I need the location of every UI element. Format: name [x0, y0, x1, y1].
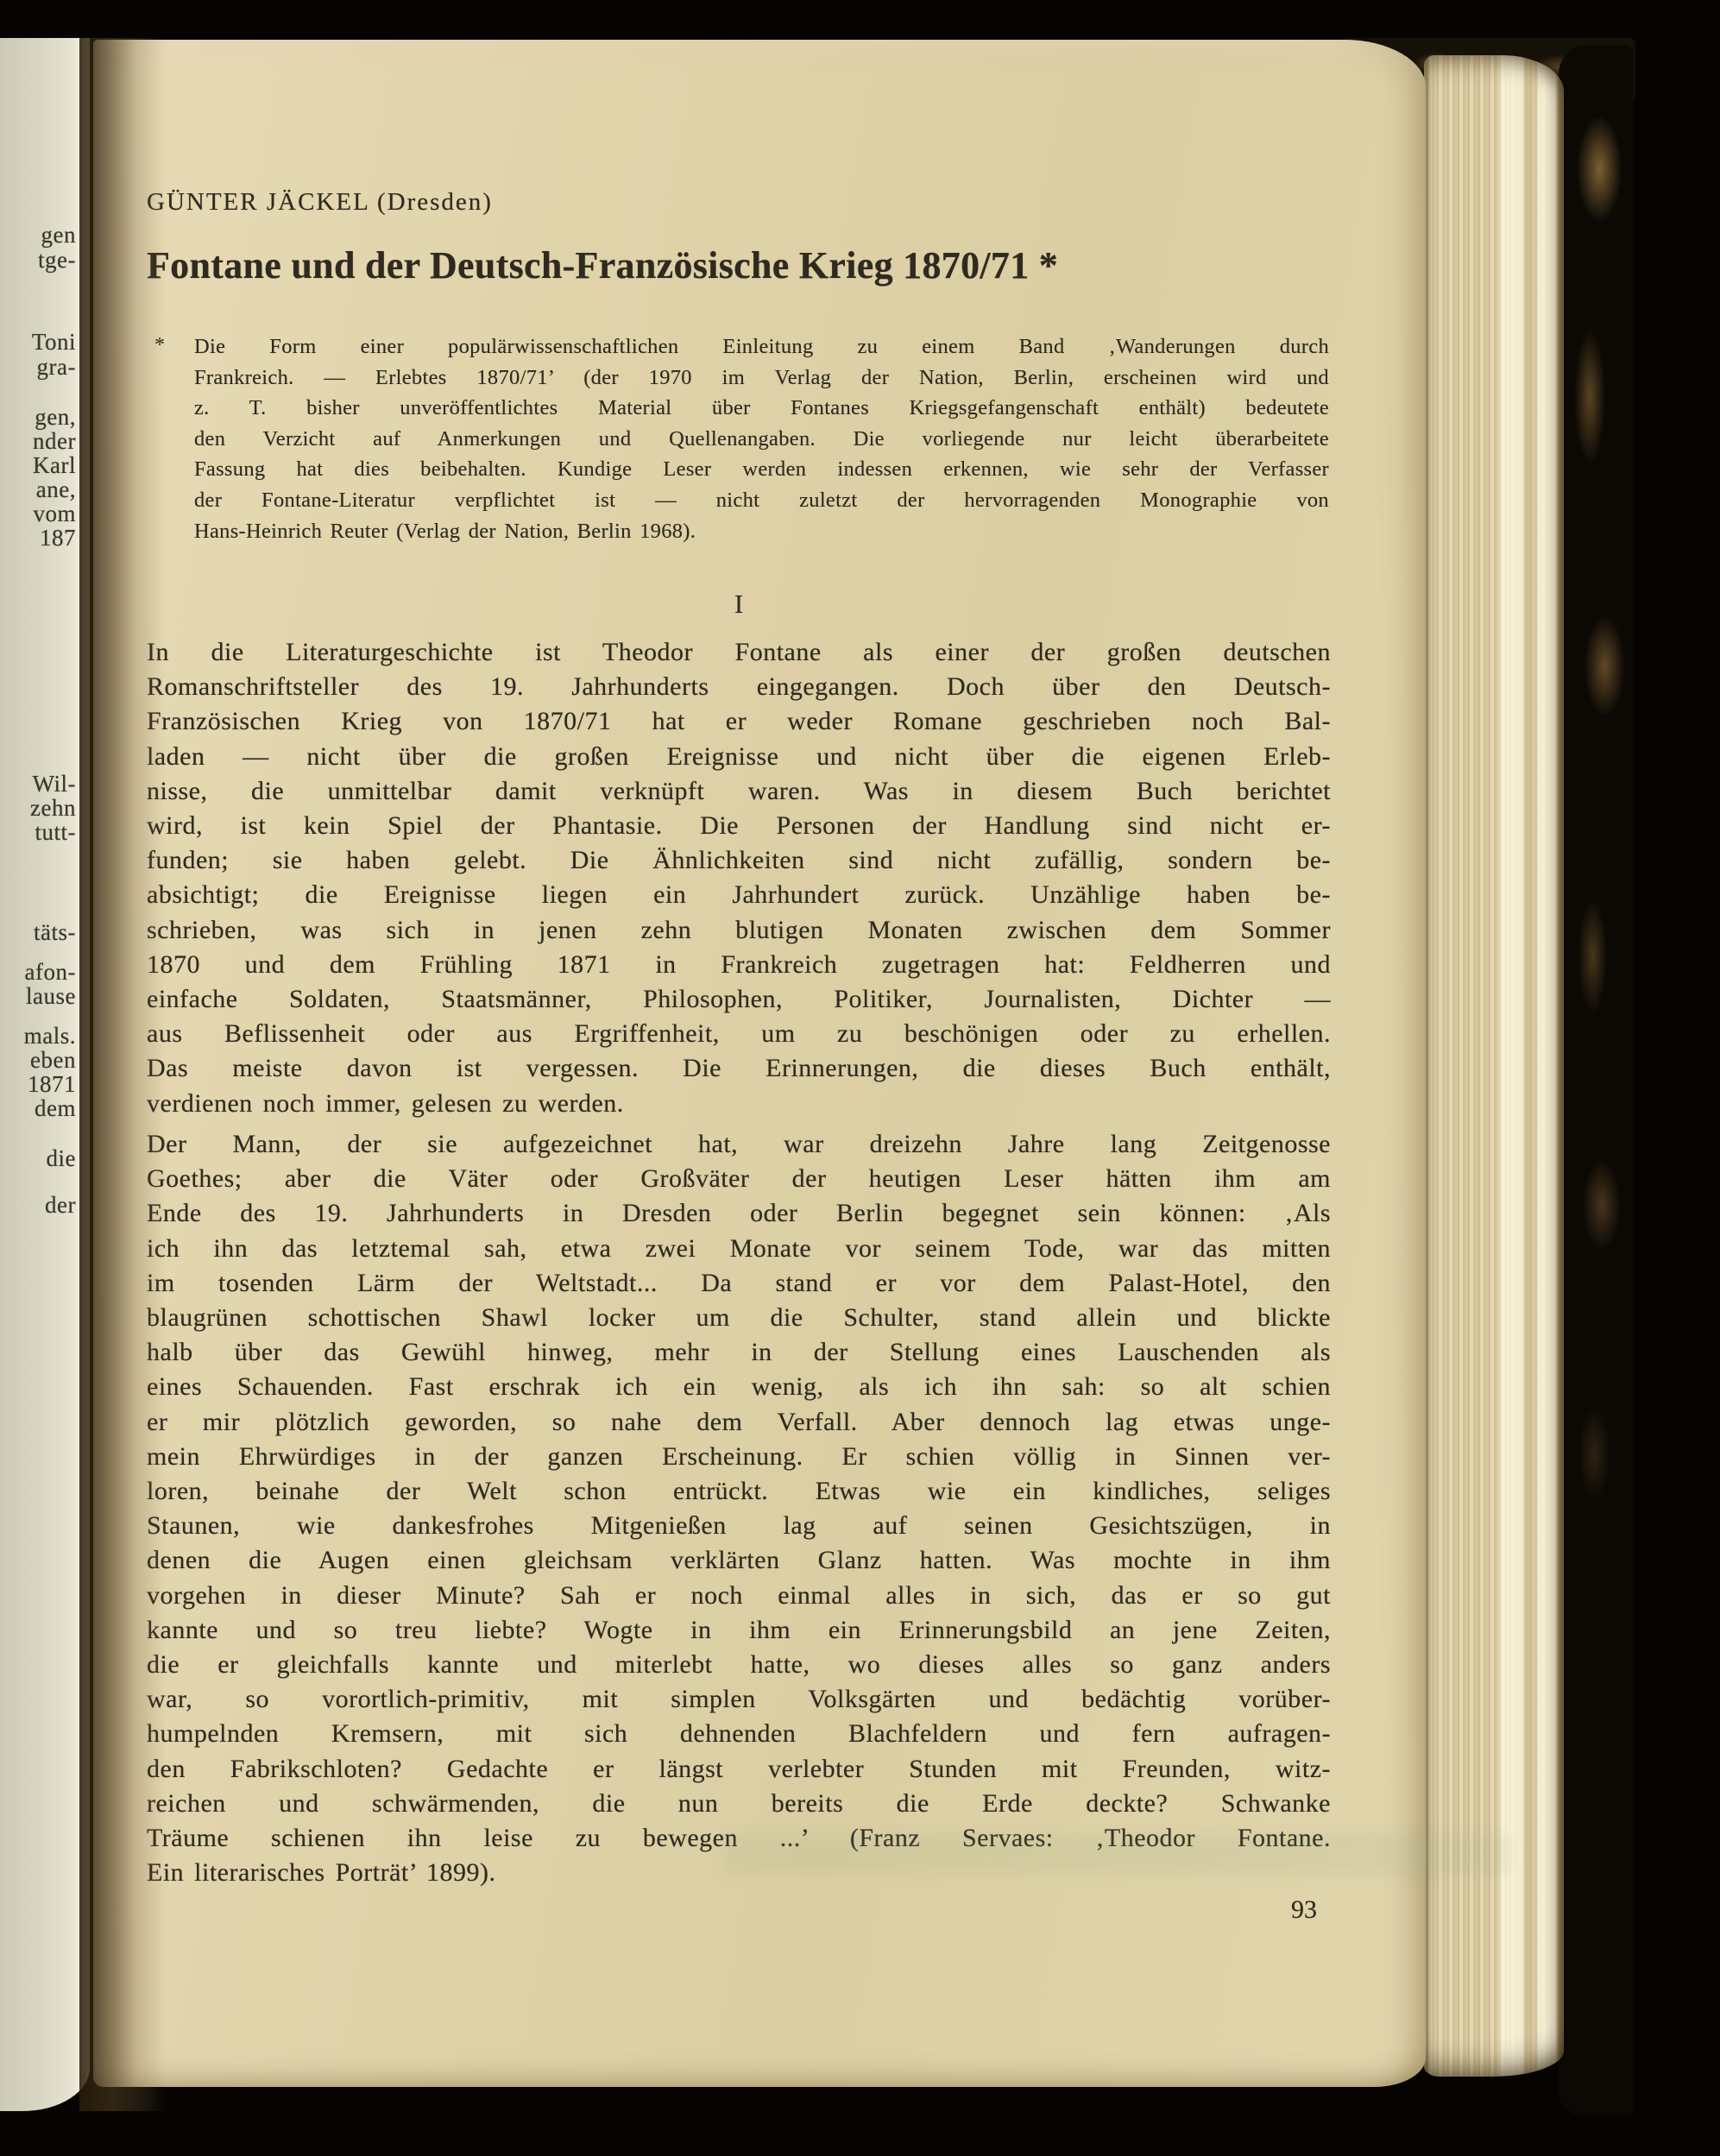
- margin-fragment: eben: [30, 1048, 76, 1072]
- body-line: reichen und schwärmenden, die nun bereit…: [147, 1787, 1331, 1821]
- margin-fragment: Wil-: [33, 772, 76, 796]
- footnote-asterisk: *: [154, 334, 165, 357]
- body-line: Goethes; aber die Väter oder Großväter d…: [147, 1162, 1331, 1196]
- body-line: im tosenden Lärm der Weltstadt... Da sta…: [147, 1266, 1331, 1301]
- footnote-line: z. T. bisher unveröffentlichtes Material…: [194, 393, 1329, 424]
- body-line: humpelnden Kremsern, mit sich dehnenden …: [147, 1717, 1331, 1751]
- paragraph-2: Der Mann, der sie aufgezeichnet hat, war…: [147, 1127, 1331, 1890]
- body-line: eines Schauenden. Fast erschrak ich ein …: [147, 1370, 1331, 1404]
- margin-fragment: tutt-: [35, 820, 77, 844]
- footnote-line: Frankreich. — Erlebtes 1870/71’ (der 197…: [194, 362, 1329, 394]
- margin-fragment: die: [47, 1146, 77, 1170]
- body-line: aus Beflissenheit oder aus Ergriffenheit…: [147, 1017, 1331, 1051]
- body-line: Das meiste davon ist vergessen. Die Erin…: [147, 1051, 1331, 1086]
- margin-fragment: zehn: [30, 796, 76, 820]
- body-line: nisse, die unmittelbar damit verknüpft w…: [147, 774, 1331, 809]
- article-title: Fontane und der Deutsch-Französische Kri…: [147, 243, 1058, 287]
- margin-fragment: vom: [33, 501, 76, 526]
- margin-fragment: afon-: [25, 960, 76, 984]
- body-line: Der Mann, der sie aufgezeichnet hat, war…: [147, 1127, 1331, 1162]
- section-heading: I: [147, 589, 1331, 620]
- footnote-line: Fassung hat dies beibehalten. Kundige Le…: [194, 454, 1329, 485]
- body-line: loren, beinahe der Welt schon entrückt. …: [147, 1474, 1331, 1509]
- footnote-lines: Die Form einer populärwissenschaftlichen…: [194, 331, 1329, 546]
- author-line: GÜNTER JÄCKEL (Dresden): [147, 188, 493, 217]
- body-line: Staunen, wie dankesfrohes Mitgenießen la…: [147, 1509, 1331, 1543]
- body-line: kannte und so treu liebte? Wogte in ihm …: [147, 1613, 1331, 1648]
- body-line: funden; sie haben gelebt. Die Ähnlichkei…: [147, 843, 1331, 878]
- body-line: Französischen Krieg von 1870/71 hat er w…: [147, 704, 1331, 739]
- body-line: laden — nicht über die großen Ereignisse…: [147, 740, 1331, 774]
- margin-fragment: täts-: [34, 920, 76, 944]
- book-cover-right-edge: [1559, 45, 1633, 2116]
- body-line: halb über das Gewühl hinweg, mehr in der…: [147, 1335, 1331, 1370]
- body-line: er mir plötzlich geworden, so nahe dem V…: [147, 1405, 1331, 1440]
- margin-fragment: 1871: [28, 1072, 76, 1096]
- margin-fragment: tge-: [38, 248, 76, 272]
- margin-fragment: der: [45, 1193, 76, 1217]
- ink-offset-ghost: [725, 1833, 1510, 1875]
- margin-fragment: Karl: [33, 453, 76, 477]
- margin-fragment: 187: [40, 526, 76, 550]
- body-line: war, so vorortlich-primitiv, mit simplen…: [147, 1682, 1331, 1717]
- body-line: schrieben, was sich in jenen zehn blutig…: [147, 913, 1331, 948]
- body-line: wird, ist kein Spiel der Phantasie. Die …: [147, 809, 1331, 843]
- footnote-line: Hans-Heinrich Reuter (Verlag der Nation,…: [194, 516, 1329, 547]
- body-line: blaugrünen schottischen Shawl locker um …: [147, 1301, 1331, 1335]
- footnote-line: der Fontane-Literatur verpflichtet ist —…: [194, 485, 1329, 516]
- margin-fragment: gen: [41, 223, 76, 247]
- margin-fragment: mals.: [24, 1024, 76, 1048]
- body-line: ich ihn das letztemal sah, etwa zwei Mon…: [147, 1232, 1331, 1266]
- margin-fragment: gra-: [37, 355, 76, 379]
- body-line: Romanschriftsteller des 19. Jahrhunderts…: [147, 670, 1331, 704]
- body-line: vorgehen in dieser Minute? Sah er noch e…: [147, 1579, 1331, 1613]
- body-line: absichtigt; die Ereignisse liegen ein Ja…: [147, 878, 1331, 912]
- body-line: die er gleichfalls kannte und miterlebt …: [147, 1648, 1331, 1682]
- page-number: 93: [147, 1895, 1331, 1925]
- facing-page-sliver: gentge-Tonigra-gen,nderKarlane,vom187Wil…: [0, 38, 90, 2111]
- margin-fragment: nder: [33, 429, 76, 453]
- margin-fragment: lause: [26, 984, 76, 1008]
- book-page: GÜNTER JÄCKEL (Dresden) Fontane und der …: [93, 40, 1426, 2087]
- body-line: den Fabrikschloten? Gedachte er längst v…: [147, 1752, 1331, 1787]
- margin-fragment-list: gentge-Tonigra-gen,nderKarlane,vom187Wil…: [0, 38, 90, 2111]
- paragraph-1: In die Literaturgeschichte ist Theodor F…: [147, 635, 1331, 1121]
- margin-fragment: gen,: [35, 405, 76, 429]
- body-line: denen die Augen einen gleichsam verklärt…: [147, 1543, 1331, 1578]
- body-line: 1870 und dem Frühling 1871 in Frankreich…: [147, 948, 1331, 982]
- margin-fragment: Toni: [32, 330, 76, 354]
- body-line: mein Ehrwürdiges in der ganzen Erscheinu…: [147, 1440, 1331, 1474]
- margin-fragment: dem: [35, 1096, 76, 1120]
- body-line: Ende des 19. Jahrhunderts in Dresden ode…: [147, 1196, 1331, 1231]
- body-line: einfache Soldaten, Staatsmänner, Philoso…: [147, 982, 1331, 1017]
- footnote-line: Die Form einer populärwissenschaftlichen…: [194, 331, 1329, 362]
- page-stack-fore-edge: [1424, 55, 1564, 2077]
- footnote-line: den Verzicht auf Anmerkungen und Quellen…: [194, 424, 1329, 455]
- body-line: verdienen noch immer, gelesen zu werden.: [147, 1087, 1331, 1121]
- body-line: In die Literaturgeschichte ist Theodor F…: [147, 635, 1331, 670]
- margin-fragment: ane,: [36, 477, 76, 501]
- footnote-block: * Die Form einer populärwissenschaftlich…: [153, 331, 1329, 546]
- book-scan-scene: gentge-Tonigra-gen,nderKarlane,vom187Wil…: [0, 0, 1720, 2156]
